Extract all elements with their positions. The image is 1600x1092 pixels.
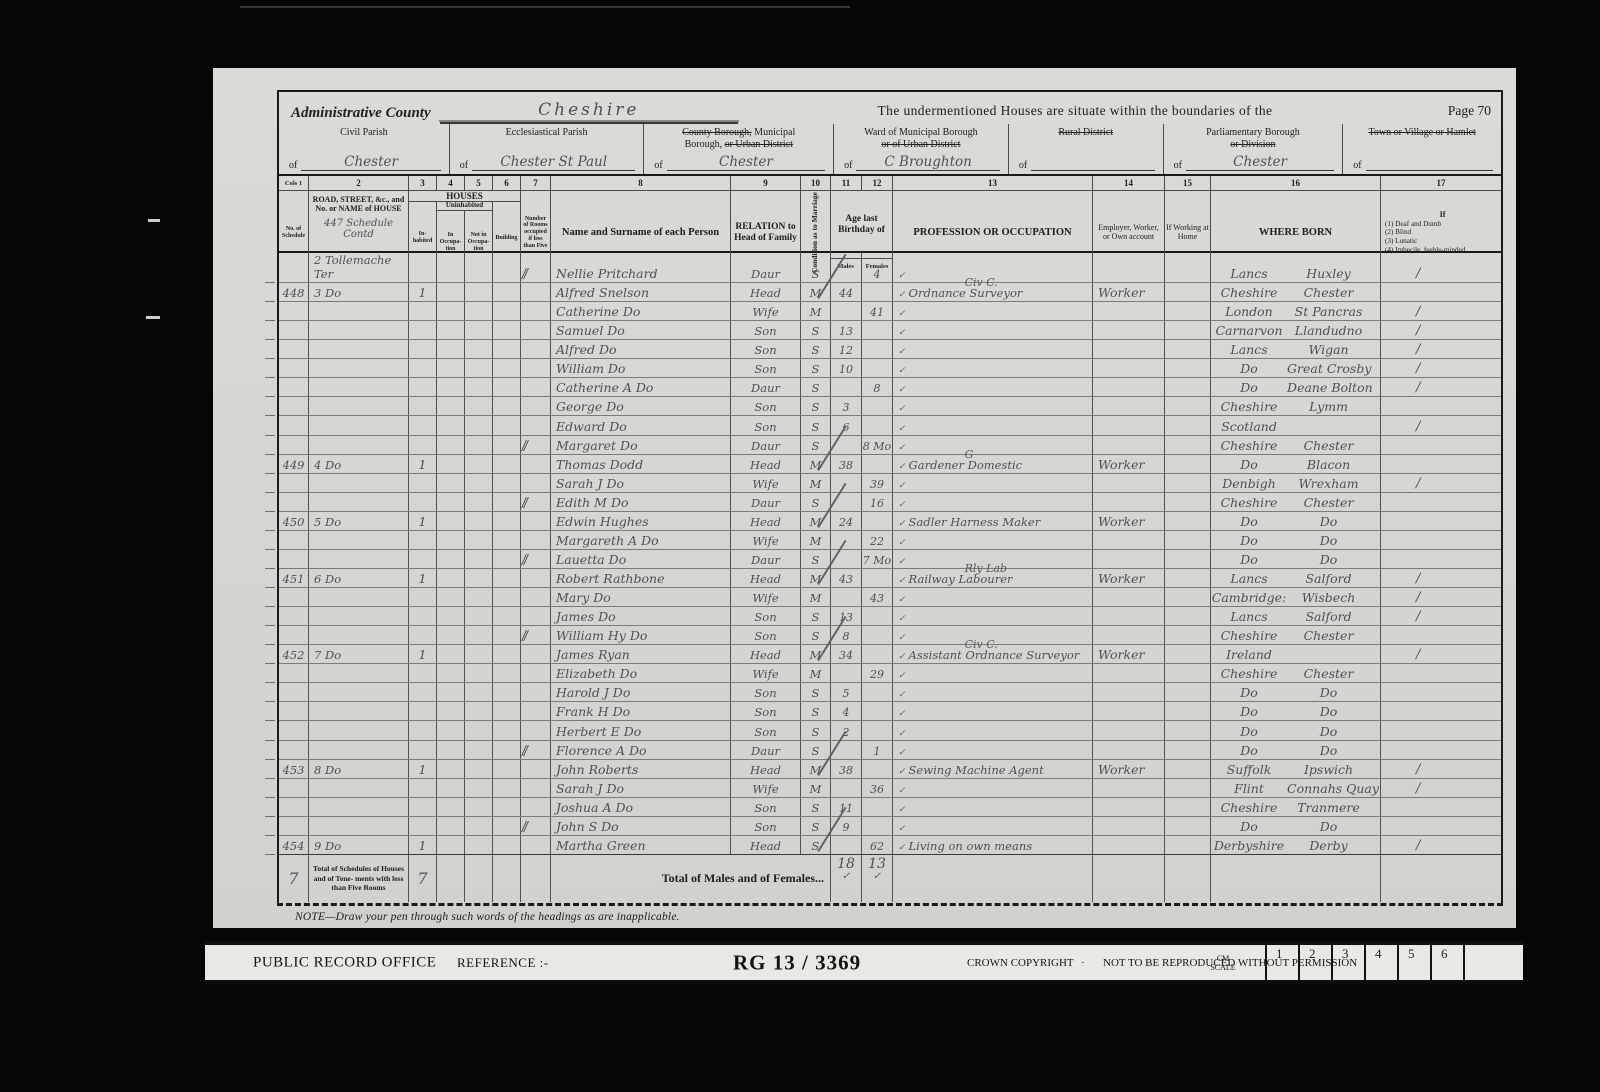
working-at-home — [1165, 283, 1211, 301]
employer-status: Worker — [1093, 569, 1165, 587]
census-row: Sarah J DoWifeM36✓FlintConnahs Quay/ — [279, 779, 1501, 798]
check-mark: ✓ — [898, 843, 906, 853]
employer-status: Worker — [1093, 645, 1165, 663]
marriage-condition: S — [801, 550, 831, 568]
inhabited-mark — [409, 378, 437, 396]
separator-dot: · — [1081, 957, 1085, 969]
rooms-cell — [521, 474, 551, 492]
relation-to-head: Son — [731, 321, 801, 339]
schedule-number — [279, 436, 309, 454]
where-born: DenbighWrexham — [1211, 474, 1381, 492]
age-male — [831, 302, 862, 320]
where-born: DerbyshireDerby — [1211, 836, 1381, 854]
totals-label: Total of Schedules of Houses and of Tene… — [309, 855, 409, 902]
public-record-office-label: PUBLIC RECORD OFFICE — [253, 954, 436, 971]
relation-to-head: Son — [731, 721, 801, 739]
road-name: 2 Tollemache Ter — [309, 253, 409, 282]
scan-artifact — [240, 6, 850, 8]
relation-to-head: Son — [731, 607, 801, 625]
uninhabited-not-occupied — [465, 702, 493, 720]
infirmity-cell — [1381, 798, 1501, 816]
building — [493, 760, 521, 778]
building — [493, 664, 521, 682]
schedule-number — [279, 721, 309, 739]
pencil-annotation: Civ C. — [965, 276, 998, 289]
uninhabited-in-occupation — [437, 836, 465, 854]
schedule-number: 448 — [279, 283, 309, 301]
marriage-condition: M — [801, 455, 831, 473]
employer-status — [1093, 550, 1165, 568]
working-at-home — [1165, 798, 1211, 816]
males-females-total-label: Total of Males and of Females... — [551, 855, 831, 902]
relation-to-head: Son — [731, 626, 801, 644]
column-number: 16 — [1211, 176, 1381, 190]
situate-statement: The undermentioned Houses are situate wi… — [739, 103, 1411, 122]
inhabited-mark — [409, 607, 437, 625]
working-at-home — [1165, 626, 1211, 644]
age-female — [862, 626, 893, 644]
age-male — [831, 378, 862, 396]
reference-value: RG 13 / 3369 — [733, 950, 861, 975]
infirmity-cell — [1381, 664, 1501, 682]
where-born: CheshireChester — [1211, 436, 1381, 454]
where-born: LancsSalford — [1211, 569, 1381, 587]
household-end-mark: ∥ — [519, 496, 531, 510]
age-female — [862, 645, 893, 663]
check-mark: ✓ — [898, 767, 906, 777]
total-schedules-value: 7 — [279, 855, 309, 902]
person-name: James Do — [551, 607, 731, 625]
building — [493, 397, 521, 415]
relation-to-head: Wife — [731, 779, 801, 797]
working-at-home — [1165, 836, 1211, 854]
uninhabited-in-occupation — [437, 397, 465, 415]
uninhabited-in-occupation — [437, 817, 465, 835]
header-uninhabited: Uninhabited — [437, 202, 492, 211]
age-male: 11 — [831, 798, 862, 816]
schedule-number: 451 — [279, 569, 309, 587]
district-header-row: Civil ParishofChesterEcclesiastical Pari… — [279, 124, 1501, 176]
check-mark: ✓ — [898, 462, 906, 472]
marriage-condition: S — [801, 626, 831, 644]
relation-to-head: Head — [731, 455, 801, 473]
infirmity-cell: / — [1381, 416, 1501, 434]
schedule-number — [279, 683, 309, 701]
check-mark: ✓ — [898, 385, 906, 395]
profession: ✓ — [893, 721, 1093, 739]
column-number: 10 — [801, 176, 831, 190]
inhabited-mark: 1 — [409, 645, 437, 663]
marriage-condition: S — [801, 721, 831, 739]
age-male — [831, 531, 862, 549]
census-row: 4505 Do1Edwin HughesHeadM24✓Sadler Harne… — [279, 512, 1501, 531]
marriage-condition: S — [801, 378, 831, 396]
check-mark: ✓ — [898, 805, 906, 815]
marriage-condition: M — [801, 588, 831, 606]
person-name: Martha Green — [551, 836, 731, 854]
age-male: 2 — [831, 721, 862, 739]
where-born: DoDo — [1211, 741, 1381, 759]
road-name — [309, 588, 409, 606]
district-value: Chester — [719, 155, 773, 170]
totals-empty — [465, 855, 493, 902]
employer-status: Worker — [1093, 760, 1165, 778]
column-number: 2 — [309, 176, 409, 190]
profession: ✓ — [893, 817, 1093, 835]
relation-to-head: Wife — [731, 302, 801, 320]
infirmity-mark: / — [1386, 590, 1420, 605]
road-name — [309, 436, 409, 454]
check-mark: ✓ — [898, 748, 906, 758]
working-at-home — [1165, 779, 1211, 797]
census-row: 4516 Do1Robert RathboneHeadM43✓Railway L… — [279, 569, 1501, 588]
employer-status — [1093, 359, 1165, 377]
building — [493, 378, 521, 396]
infirmity-cell: / — [1381, 340, 1501, 358]
where-born: LondonSt Pancras — [1211, 302, 1381, 320]
uninhabited-in-occupation — [437, 455, 465, 473]
schedule-number — [279, 493, 309, 511]
working-at-home — [1165, 702, 1211, 720]
age-female — [862, 283, 893, 301]
building — [493, 569, 521, 587]
infirmity-mark: / — [1386, 304, 1420, 319]
rooms-cell: ∥ — [521, 550, 551, 568]
of-label: of — [844, 160, 852, 171]
household-end-mark: ∥ — [519, 820, 531, 834]
rooms-cell — [521, 512, 551, 530]
person-name: Alfred Do — [551, 340, 731, 358]
inhabited-mark — [409, 817, 437, 835]
column-number: 14 — [1093, 176, 1165, 190]
working-at-home — [1165, 436, 1211, 454]
census-row: Edward DoSonS6✓Scotland/ — [279, 416, 1501, 435]
household-end-mark: ∥ — [519, 629, 531, 643]
rooms-cell — [521, 283, 551, 301]
column-headers-row: No. of Schedule ROAD, STREET, &c., and N… — [279, 191, 1501, 253]
relation-to-head: Head — [731, 283, 801, 301]
age-female: 8 Mo — [862, 436, 893, 454]
profession: ✓ — [893, 436, 1093, 454]
column-number: 5 — [465, 176, 493, 190]
uninhabited-not-occupied — [465, 588, 493, 606]
column-number: 7 — [521, 176, 551, 190]
rooms-cell: ∥ — [521, 436, 551, 454]
of-label: of — [289, 160, 297, 171]
census-row: Mary DoWifeM43✓Cambridge:Wisbech/ — [279, 588, 1501, 607]
scan-artifact — [146, 316, 160, 319]
rooms-cell — [521, 455, 551, 473]
working-at-home — [1165, 683, 1211, 701]
profession: ✓ — [893, 798, 1093, 816]
where-born: DoDo — [1211, 531, 1381, 549]
road-name — [309, 683, 409, 701]
marriage-condition: M — [801, 569, 831, 587]
inhabited-mark — [409, 721, 437, 739]
marriage-condition: S — [801, 493, 831, 511]
employer-status — [1093, 397, 1165, 415]
building — [493, 474, 521, 492]
working-at-home — [1165, 253, 1211, 282]
district-value-line: Chester — [667, 155, 825, 171]
employer-status — [1093, 253, 1165, 282]
schedule-number: 449 — [279, 455, 309, 473]
infirmity-cell — [1381, 397, 1501, 415]
road-name: 8 Do — [309, 760, 409, 778]
working-at-home — [1165, 416, 1211, 434]
relation-to-head: Son — [731, 798, 801, 816]
totals-empty — [1165, 855, 1211, 902]
age-male: 5 — [831, 683, 862, 701]
employer-status — [1093, 779, 1165, 797]
uninhabited-in-occupation — [437, 721, 465, 739]
rooms-cell — [521, 302, 551, 320]
age-female: 1 — [862, 741, 893, 759]
district-section-4: Rural Districtof — [1008, 124, 1163, 174]
schedule-number — [279, 798, 309, 816]
marriage-condition: S — [801, 253, 831, 282]
check-mark: ✓ — [898, 481, 906, 491]
working-at-home — [1165, 607, 1211, 625]
ruler-cell: 1 — [1265, 945, 1298, 980]
schedule-number — [279, 588, 309, 606]
uninhabited-in-occupation — [437, 664, 465, 682]
infirmity-cell: / — [1381, 321, 1501, 339]
check-mark: ✓ — [898, 538, 906, 548]
working-at-home — [1165, 531, 1211, 549]
rooms-cell — [521, 721, 551, 739]
column-number: Cols 1 — [279, 176, 309, 190]
uninhabited-in-occupation — [437, 340, 465, 358]
marriage-condition: S — [801, 817, 831, 835]
road-name: 9 Do — [309, 836, 409, 854]
schedule-number — [279, 397, 309, 415]
household-end-mark: ∥ — [519, 267, 531, 281]
age-male: 38 — [831, 760, 862, 778]
census-row: ∥Edith M DoDaurS16✓CheshireChester — [279, 493, 1501, 512]
uninhabited-not-occupied — [465, 416, 493, 434]
working-at-home — [1165, 760, 1211, 778]
schedule-number — [279, 702, 309, 720]
age-male: 12 — [831, 340, 862, 358]
where-born: SuffolkIpswich — [1211, 760, 1381, 778]
employer-status — [1093, 588, 1165, 606]
administrative-county-label: Administrative County — [291, 105, 431, 122]
schedule-number — [279, 340, 309, 358]
schedule-number — [279, 741, 309, 759]
census-row: ∥Lauetta DoDaurS7 Mo✓DoDo — [279, 550, 1501, 569]
road-name: 7 Do — [309, 645, 409, 663]
inhabited-mark — [409, 664, 437, 682]
infirmity-mark: / — [1386, 419, 1420, 434]
rooms-cell — [521, 760, 551, 778]
check-mark: ✓ — [898, 690, 906, 700]
rooms-cell — [521, 702, 551, 720]
age-female — [862, 798, 893, 816]
age-female — [862, 702, 893, 720]
profession: ✓ — [893, 321, 1093, 339]
employer-status — [1093, 607, 1165, 625]
district-section-5: Parliamentary Boroughor DivisionofCheste… — [1163, 124, 1343, 174]
district-section-2: County Borough, MunicipalBorough, or Urb… — [643, 124, 833, 174]
marriage-condition: S — [801, 416, 831, 434]
marriage-condition: S — [801, 798, 831, 816]
uninhabited-in-occupation — [437, 253, 465, 282]
road-name — [309, 493, 409, 511]
where-born: DoDeane Bolton — [1211, 378, 1381, 396]
census-row: William DoSonS10✓DoGreat Crosby/ — [279, 359, 1501, 378]
age-female — [862, 569, 893, 587]
uninhabited-not-occupied — [465, 683, 493, 701]
infirmity-cell — [1381, 493, 1501, 511]
check-mark: ✓ — [898, 519, 906, 529]
uninhabited-in-occupation — [437, 626, 465, 644]
road-name: 3 Do — [309, 283, 409, 301]
working-at-home — [1165, 550, 1211, 568]
schedule-number — [279, 664, 309, 682]
rooms-cell — [521, 683, 551, 701]
census-row: 4527 Do1James RyanHeadM34✓Assistant Ordn… — [279, 645, 1501, 664]
column-number: 12 — [862, 176, 893, 190]
working-at-home — [1165, 721, 1211, 739]
infirmity-cell — [1381, 817, 1501, 835]
inhabited-mark — [409, 798, 437, 816]
where-born: LancsSalford — [1211, 607, 1381, 625]
person-name: William Do — [551, 359, 731, 377]
building — [493, 721, 521, 739]
person-name: Margareth A Do — [551, 531, 731, 549]
infirmity-cell: / — [1381, 378, 1501, 396]
age-female: 7 Mo — [862, 550, 893, 568]
schedule-number — [279, 626, 309, 644]
road-name — [309, 779, 409, 797]
relation-to-head: Daur — [731, 493, 801, 511]
person-name: Alfred Snelson — [551, 283, 731, 301]
working-at-home — [1165, 302, 1211, 320]
relation-to-head: Son — [731, 683, 801, 701]
infirmity-mark: / — [1386, 323, 1420, 338]
uninhabited-in-occupation — [437, 607, 465, 625]
age-female — [862, 340, 893, 358]
marriage-condition: S — [801, 321, 831, 339]
employer-status — [1093, 474, 1165, 492]
age-male: 10 — [831, 359, 862, 377]
road-name — [309, 550, 409, 568]
profession: ✓ — [893, 779, 1093, 797]
infirmity-cell — [1381, 283, 1501, 301]
profession: ✓ — [893, 493, 1093, 511]
uninhabited-in-occupation — [437, 416, 465, 434]
employer-status — [1093, 493, 1165, 511]
working-at-home — [1165, 340, 1211, 358]
of-label: of — [460, 160, 468, 171]
infirmity-cell: / — [1381, 253, 1501, 282]
road-name — [309, 321, 409, 339]
person-name: Catherine Do — [551, 302, 731, 320]
district-value-line — [1366, 159, 1493, 171]
census-row: 4483 Do1Alfred SnelsonHeadM44✓Ordnance S… — [279, 283, 1501, 302]
building — [493, 283, 521, 301]
person-name: Thomas Dodd — [551, 455, 731, 473]
relation-to-head: Son — [731, 416, 801, 434]
where-born: CheshireChester — [1211, 626, 1381, 644]
age-male: 34 — [831, 645, 862, 663]
person-name: Catherine A Do — [551, 378, 731, 396]
person-name: Edwin Hughes — [551, 512, 731, 530]
uninhabited-in-occupation — [437, 283, 465, 301]
check-mark: ✓ — [898, 500, 906, 510]
profession: ✓ — [893, 378, 1093, 396]
schedule-number — [279, 302, 309, 320]
inhabited-mark — [409, 741, 437, 759]
header-infirmity-if: If — [1385, 211, 1500, 220]
inhabited-mark: 1 — [409, 836, 437, 854]
totals-empty — [1093, 855, 1165, 902]
infirmity-mark: / — [1386, 609, 1420, 624]
rooms-cell — [521, 779, 551, 797]
schedule-number — [279, 321, 309, 339]
census-row: Elizabeth DoWifeM29✓CheshireChester — [279, 664, 1501, 683]
age-male: 24 — [831, 512, 862, 530]
uninhabited-not-occupied — [465, 550, 493, 568]
age-female: 4 — [862, 253, 893, 282]
building — [493, 455, 521, 473]
column-number: 8 — [551, 176, 731, 190]
marriage-condition: S — [801, 702, 831, 720]
uninhabited-not-occupied — [465, 493, 493, 511]
check-mark: ✓ — [898, 576, 906, 586]
census-row: Samuel DoSonS13✓CarnarvonLlandudno/ — [279, 321, 1501, 340]
district-value-line: C Broughton — [856, 155, 999, 171]
uninhabited-not-occupied — [465, 340, 493, 358]
of-label: of — [654, 160, 662, 171]
road-name — [309, 741, 409, 759]
of-label: of — [1174, 160, 1182, 171]
marriage-condition: S — [801, 683, 831, 701]
header-road-label: ROAD, STREET, &c., and No. or NAME of HO… — [310, 196, 407, 214]
census-row: 4538 Do1John RobertsHeadM38✓Sewing Machi… — [279, 760, 1501, 779]
profession: ✓ — [893, 588, 1093, 606]
schedule-number: 450 — [279, 512, 309, 530]
column-number: 4 — [437, 176, 465, 190]
schedule-number — [279, 817, 309, 835]
person-name: John Roberts — [551, 760, 731, 778]
profession: ✓ — [893, 683, 1093, 701]
where-born: Cambridge:Wisbech — [1211, 588, 1381, 606]
census-form: Administrative County Cheshire The under… — [277, 90, 1503, 906]
working-at-home — [1165, 817, 1211, 835]
where-born: DoGreat Crosby — [1211, 359, 1381, 377]
inhabited-mark — [409, 493, 437, 511]
where-born: CheshireChester — [1211, 664, 1381, 682]
column-number: 9 — [731, 176, 801, 190]
road-name: 4 Do — [309, 455, 409, 473]
profession: ✓ — [893, 416, 1093, 434]
relation-to-head: Son — [731, 702, 801, 720]
infirmity-cell — [1381, 531, 1501, 549]
crown-copyright-label: CROWN COPYRIGHT — [967, 957, 1074, 969]
age-male: 3 — [831, 397, 862, 415]
header-infirmity-item: (1) Deaf and Dumb — [1385, 220, 1441, 229]
employer-status — [1093, 321, 1165, 339]
inhabited-mark — [409, 397, 437, 415]
infirmity-cell: / — [1381, 474, 1501, 492]
infirmity-mark: / — [1386, 781, 1420, 796]
schedule-number: 454 — [279, 836, 309, 854]
rooms-cell — [521, 836, 551, 854]
inhabited-mark — [409, 588, 437, 606]
age-female — [862, 397, 893, 415]
